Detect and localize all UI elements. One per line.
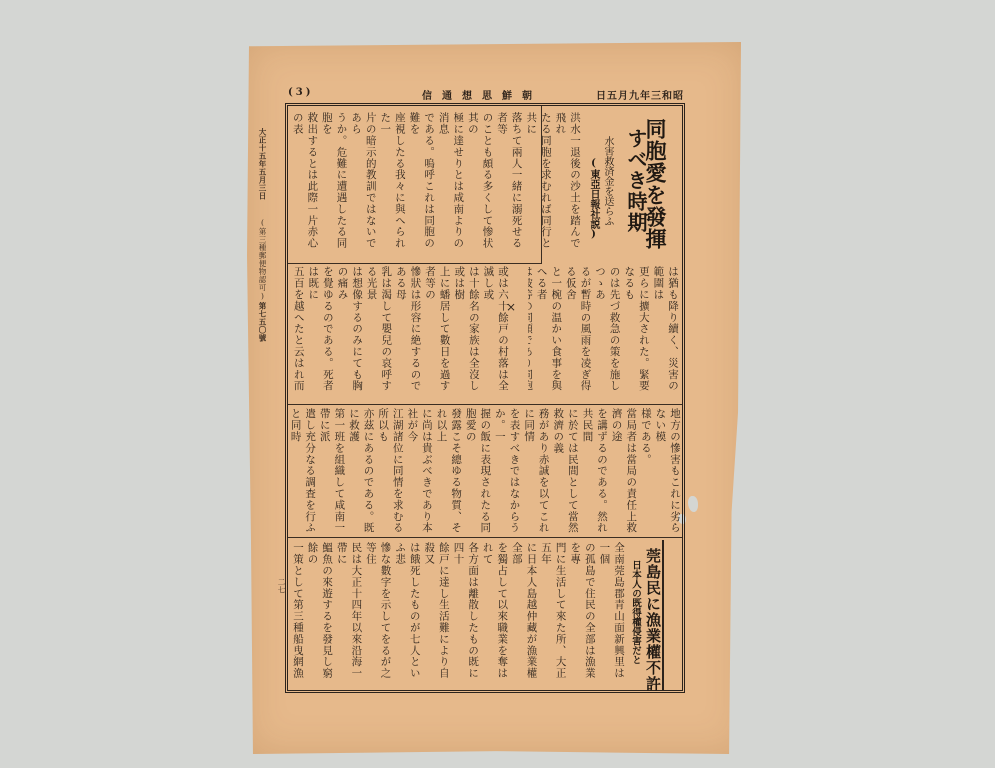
text-column: は想像するのみにても胸の痛み xyxy=(335,266,364,402)
text-column: は十餘名の家族は全沒し或は樹 xyxy=(452,266,481,402)
text-column: 上に蟠居して數日を過す者等の xyxy=(422,266,451,402)
text-column: 片の暗示的教訓ではないであら xyxy=(349,112,378,260)
text-column: 極に達せりとは咸南よりの消息 xyxy=(436,112,465,260)
text-column: は彼等の同類であり同胞たる我 xyxy=(528,266,534,402)
article2-title: 莞島民に漁業權不許 xyxy=(643,548,664,692)
text-column: 門に生活して來た所、大正五年 xyxy=(538,542,567,688)
text-column: 慘狀は形容に絶するのである母 xyxy=(393,266,422,402)
text-column: のことも頗る多くして惨状其の xyxy=(465,112,494,260)
text-column: 江湖諸位に同情を求むる所以も xyxy=(376,408,405,534)
page-header: (3) 朝鮮思想通信 昭和三年九月五日 xyxy=(282,84,690,102)
text-column: 遣し充分なる調査を行ふと同時 xyxy=(290,408,317,534)
text-column: 地方の慘害もこれに劣らない模 xyxy=(653,408,682,534)
article-title-line2: すべき時期 xyxy=(622,128,651,233)
text-column: 餘戸に達し生活難により自殺又 xyxy=(422,542,451,688)
text-column: 全南莞島郡青山面新興里は一個 xyxy=(597,542,626,688)
section-divider xyxy=(288,263,542,264)
text-column: と一椀の温かい食事を與へる者 xyxy=(534,266,563,402)
text-column: 乳は渴して嬰兒の哀呼する光景 xyxy=(364,266,393,402)
text-column: 民は大正十四年以來沿海一帶に xyxy=(334,542,363,688)
text-column: 洪水一退後の沙土を踏んで飛れ xyxy=(553,112,582,260)
postal-note: (第三種郵便物認可) xyxy=(257,218,268,301)
text-column: は餓死したものが七人といふ悲 xyxy=(393,542,422,688)
text-column: の孤島で住民の全部は漁業を專 xyxy=(568,542,597,688)
text-column: 慘な數字を示してをるが之等住 xyxy=(363,542,392,688)
page-number: (3) xyxy=(288,87,313,98)
text-column: 各方面は離散したもの既に四十 xyxy=(451,542,480,688)
text-column: は猶も降り續く、災害の範圍は xyxy=(651,266,680,402)
text-column: に尚は貴ぶべきであり本社が今 xyxy=(405,408,434,534)
text-column: を覺ゆるのである。死者は既に xyxy=(306,266,335,402)
text-column: 當局者は當局の責任上救濟の途 xyxy=(609,408,638,534)
text-column: のは先づ救急の策を施しつゝあ xyxy=(592,266,621,402)
text-column: 務があり赤誠を以てこれに同情 xyxy=(521,408,550,534)
section-divider xyxy=(288,537,682,538)
text-column: うか。危難に遭遇したる同胞を xyxy=(319,112,348,260)
text-column: 救出するとは此際一片赤心の表 xyxy=(290,112,319,260)
text-column: 座視したる我々に與へられた一 xyxy=(378,112,407,260)
text-column: を獨占して以來職業を奪はれて xyxy=(480,542,509,688)
issue-date: 昭和三年九月五日 xyxy=(596,87,684,102)
text-column: 五百を越へたと云はれ而して死 xyxy=(290,266,306,402)
article2-body: 全南莞島郡青山面新興里は一個の孤島で住民の全部は漁業を專門に生活して來た所、大正… xyxy=(290,542,626,688)
text-column: に日本人島越仲藏が漁業權全部 xyxy=(509,542,538,688)
article-source: (東亞日報社説) xyxy=(586,158,601,240)
text-column: るが暫時の風雨を凌ぎ得る仮舍 xyxy=(563,266,592,402)
article-body-upper-right: は猶も降り續く、災害の範圍は更らに擴大された。緊要なるものは先づ救急の策を施しつ… xyxy=(528,266,680,402)
text-column: 更らに擴大された。緊要なるも xyxy=(622,266,651,402)
text-column: たる同胞を求むれば同行と共に xyxy=(524,112,553,260)
text-column: である。嗚呼これは同胞の難を xyxy=(407,112,436,260)
text-column: を講ずるのである。然れ共民間 xyxy=(580,408,609,534)
publication-name: 朝鮮思想通信 xyxy=(422,87,542,102)
text-column: 一策として第三種船曳網漁業權 xyxy=(290,542,305,688)
text-column: に於ては民間として當然救濟の義 xyxy=(551,408,580,534)
text-column: 發露こそ總ゆる物質、それ以上 xyxy=(434,408,463,534)
text-column: 様である。 xyxy=(638,408,653,534)
text-column: 或は六十餘戸の村落は全滅し或 xyxy=(481,266,510,402)
article2-subtitle: 日本人の既得權侵害だと xyxy=(628,560,642,665)
article-body-top: 洪水一退後の沙土を踏んで飛れたる同胞を求むれば同行と共に落ちて兩人一緒に溺死せる… xyxy=(290,112,582,260)
issue-number: 第七五〇號 xyxy=(257,302,268,342)
paper-damage-hole xyxy=(688,496,698,512)
section-divider xyxy=(288,404,682,405)
article-body-upper-left: 或は六十餘戸の村落は全滅し或は十餘名の家族は全沒し或は樹上に蟠居して數日を過す者… xyxy=(290,266,510,402)
text-column: を表すべきではなからうか。一 xyxy=(492,408,521,534)
text-column: 落ちて兩人一緒に溺死せる者等 xyxy=(494,112,523,260)
registration-date: 大正十五年五月三日 xyxy=(257,128,268,200)
text-column: 第一班を組織して咸南一帶に派 xyxy=(317,408,346,534)
text-column: 握の飯に表現されたる同胞愛の xyxy=(463,408,492,534)
article-body-middle: 地方の慘害もこれに劣らない模様である。當局者は當局の責任上救濟の途を講ずるのであ… xyxy=(290,408,682,534)
text-column: 鰮魚の來遊するを發見し窮餘の xyxy=(305,542,334,688)
article-subtitle: 水害救済金を送らふ xyxy=(600,136,615,226)
text-column: 亦茲にあるのである。既に救護 xyxy=(346,408,375,534)
